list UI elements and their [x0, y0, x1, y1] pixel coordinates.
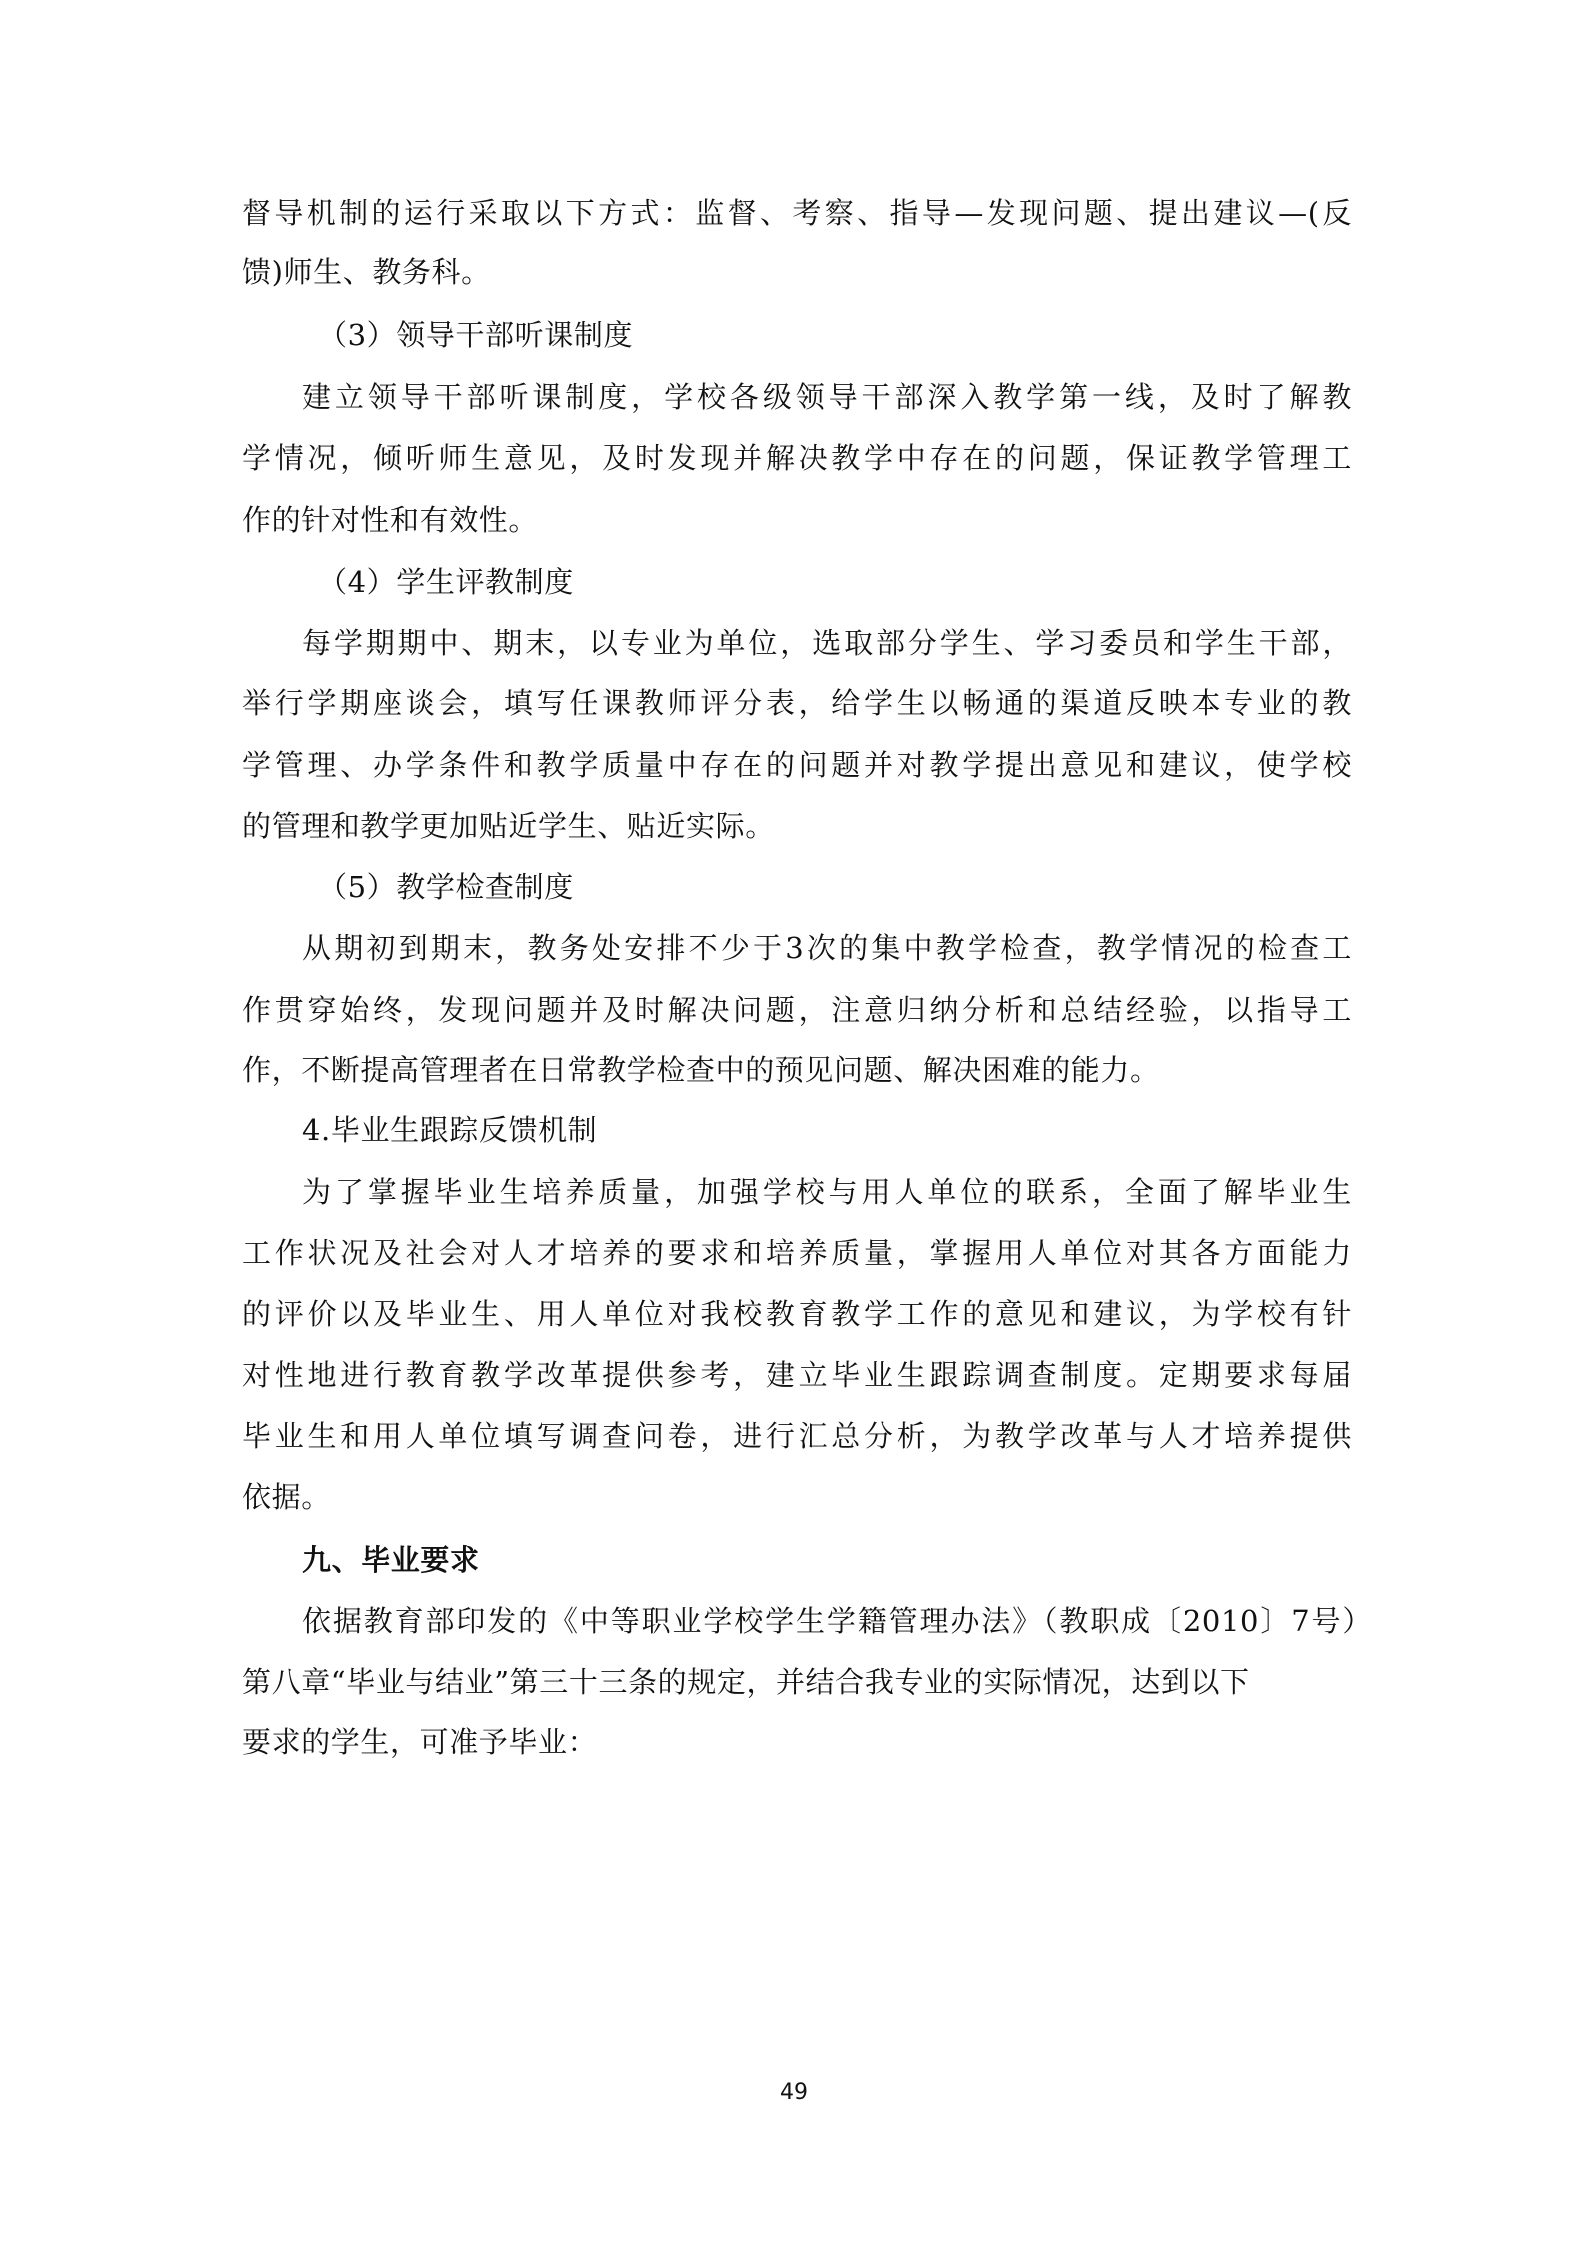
- paragraph-line: 学管理、办学条件和教学质量中存在的问题并对教学提出意见和建议，使学校: [242, 745, 1352, 785]
- paragraph-line: 毕业生和用人单位填写调查问卷，进行汇总分析，为教学改革与人才培养提供: [242, 1416, 1352, 1456]
- paragraph-line: 督导机制的运行采取以下方式：监督、考察、指导—发现问题、提出建议—(反: [242, 193, 1352, 233]
- paragraph-line: 作，不断提高管理者在日常教学检查中的预见问题、解决困难的能力。: [242, 1050, 1352, 1090]
- paragraph-line: 工作状况及社会对人才培养的要求和培养质量，掌握用人单位对其各方面能力: [242, 1233, 1352, 1273]
- paragraph-line: 馈)师生、教务科。: [242, 252, 1352, 292]
- paragraph-line: 的管理和教学更加贴近学生、贴近实际。: [242, 806, 1352, 846]
- paragraph-line: 作贯穿始终，发现问题并及时解决问题，注意归纳分析和总结经验，以指导工: [242, 990, 1352, 1030]
- page-number: 49: [0, 2080, 1588, 2105]
- document-page: 督导机制的运行采取以下方式：监督、考察、指导—发现问题、提出建议—(反 馈)师生…: [0, 0, 1588, 2245]
- paragraph-line: 学情况，倾听师生意见，及时发现并解决教学中存在的问题，保证教学管理工: [242, 438, 1352, 478]
- paragraph-line: 要求的学生，可准予毕业：: [242, 1722, 1352, 1762]
- paragraph-line: 第八章“毕业与结业”第三十三条的规定，并结合我专业的实际情况，达到以下: [242, 1662, 1352, 1702]
- paragraph-line: 为了掌握毕业生培养质量，加强学校与用人单位的联系，全面了解毕业生: [302, 1172, 1352, 1212]
- subsection-heading: （3）领导干部听课制度: [318, 315, 1428, 355]
- paragraph-line: 每学期期中、期末，以专业为单位，选取部分学生、学习委员和学生干部，: [302, 623, 1352, 663]
- paragraph-line: 建立领导干部听课制度，学校各级领导干部深入教学第一线，及时了解教: [302, 377, 1352, 417]
- subsection-heading: （4）学生评教制度: [318, 562, 1428, 602]
- paragraph-line: 依据。: [242, 1477, 1352, 1517]
- paragraph-line: 的评价以及毕业生、用人单位对我校教育教学工作的意见和建议，为学校有针: [242, 1294, 1352, 1334]
- chapter-heading: 九、毕业要求: [302, 1540, 1352, 1580]
- paragraph-line: 依据教育部印发的《中等职业学校学生学籍管理办法》（教职成〔2010〕7号）: [302, 1601, 1372, 1641]
- section-heading: 4.毕业生跟踪反馈机制: [302, 1110, 1352, 1150]
- paragraph-line: 作的针对性和有效性。: [242, 500, 1352, 540]
- paragraph-line: 从期初到期末，教务处安排不少于3次的集中教学检查，教学情况的检查工: [302, 928, 1352, 968]
- paragraph-line: 举行学期座谈会，填写任课教师评分表，给学生以畅通的渠道反映本专业的教: [242, 683, 1352, 723]
- subsection-heading: （5）教学检查制度: [318, 867, 1428, 907]
- paragraph-line: 对性地进行教育教学改革提供参考，建立毕业生跟踪调查制度。定期要求每届: [242, 1355, 1352, 1395]
